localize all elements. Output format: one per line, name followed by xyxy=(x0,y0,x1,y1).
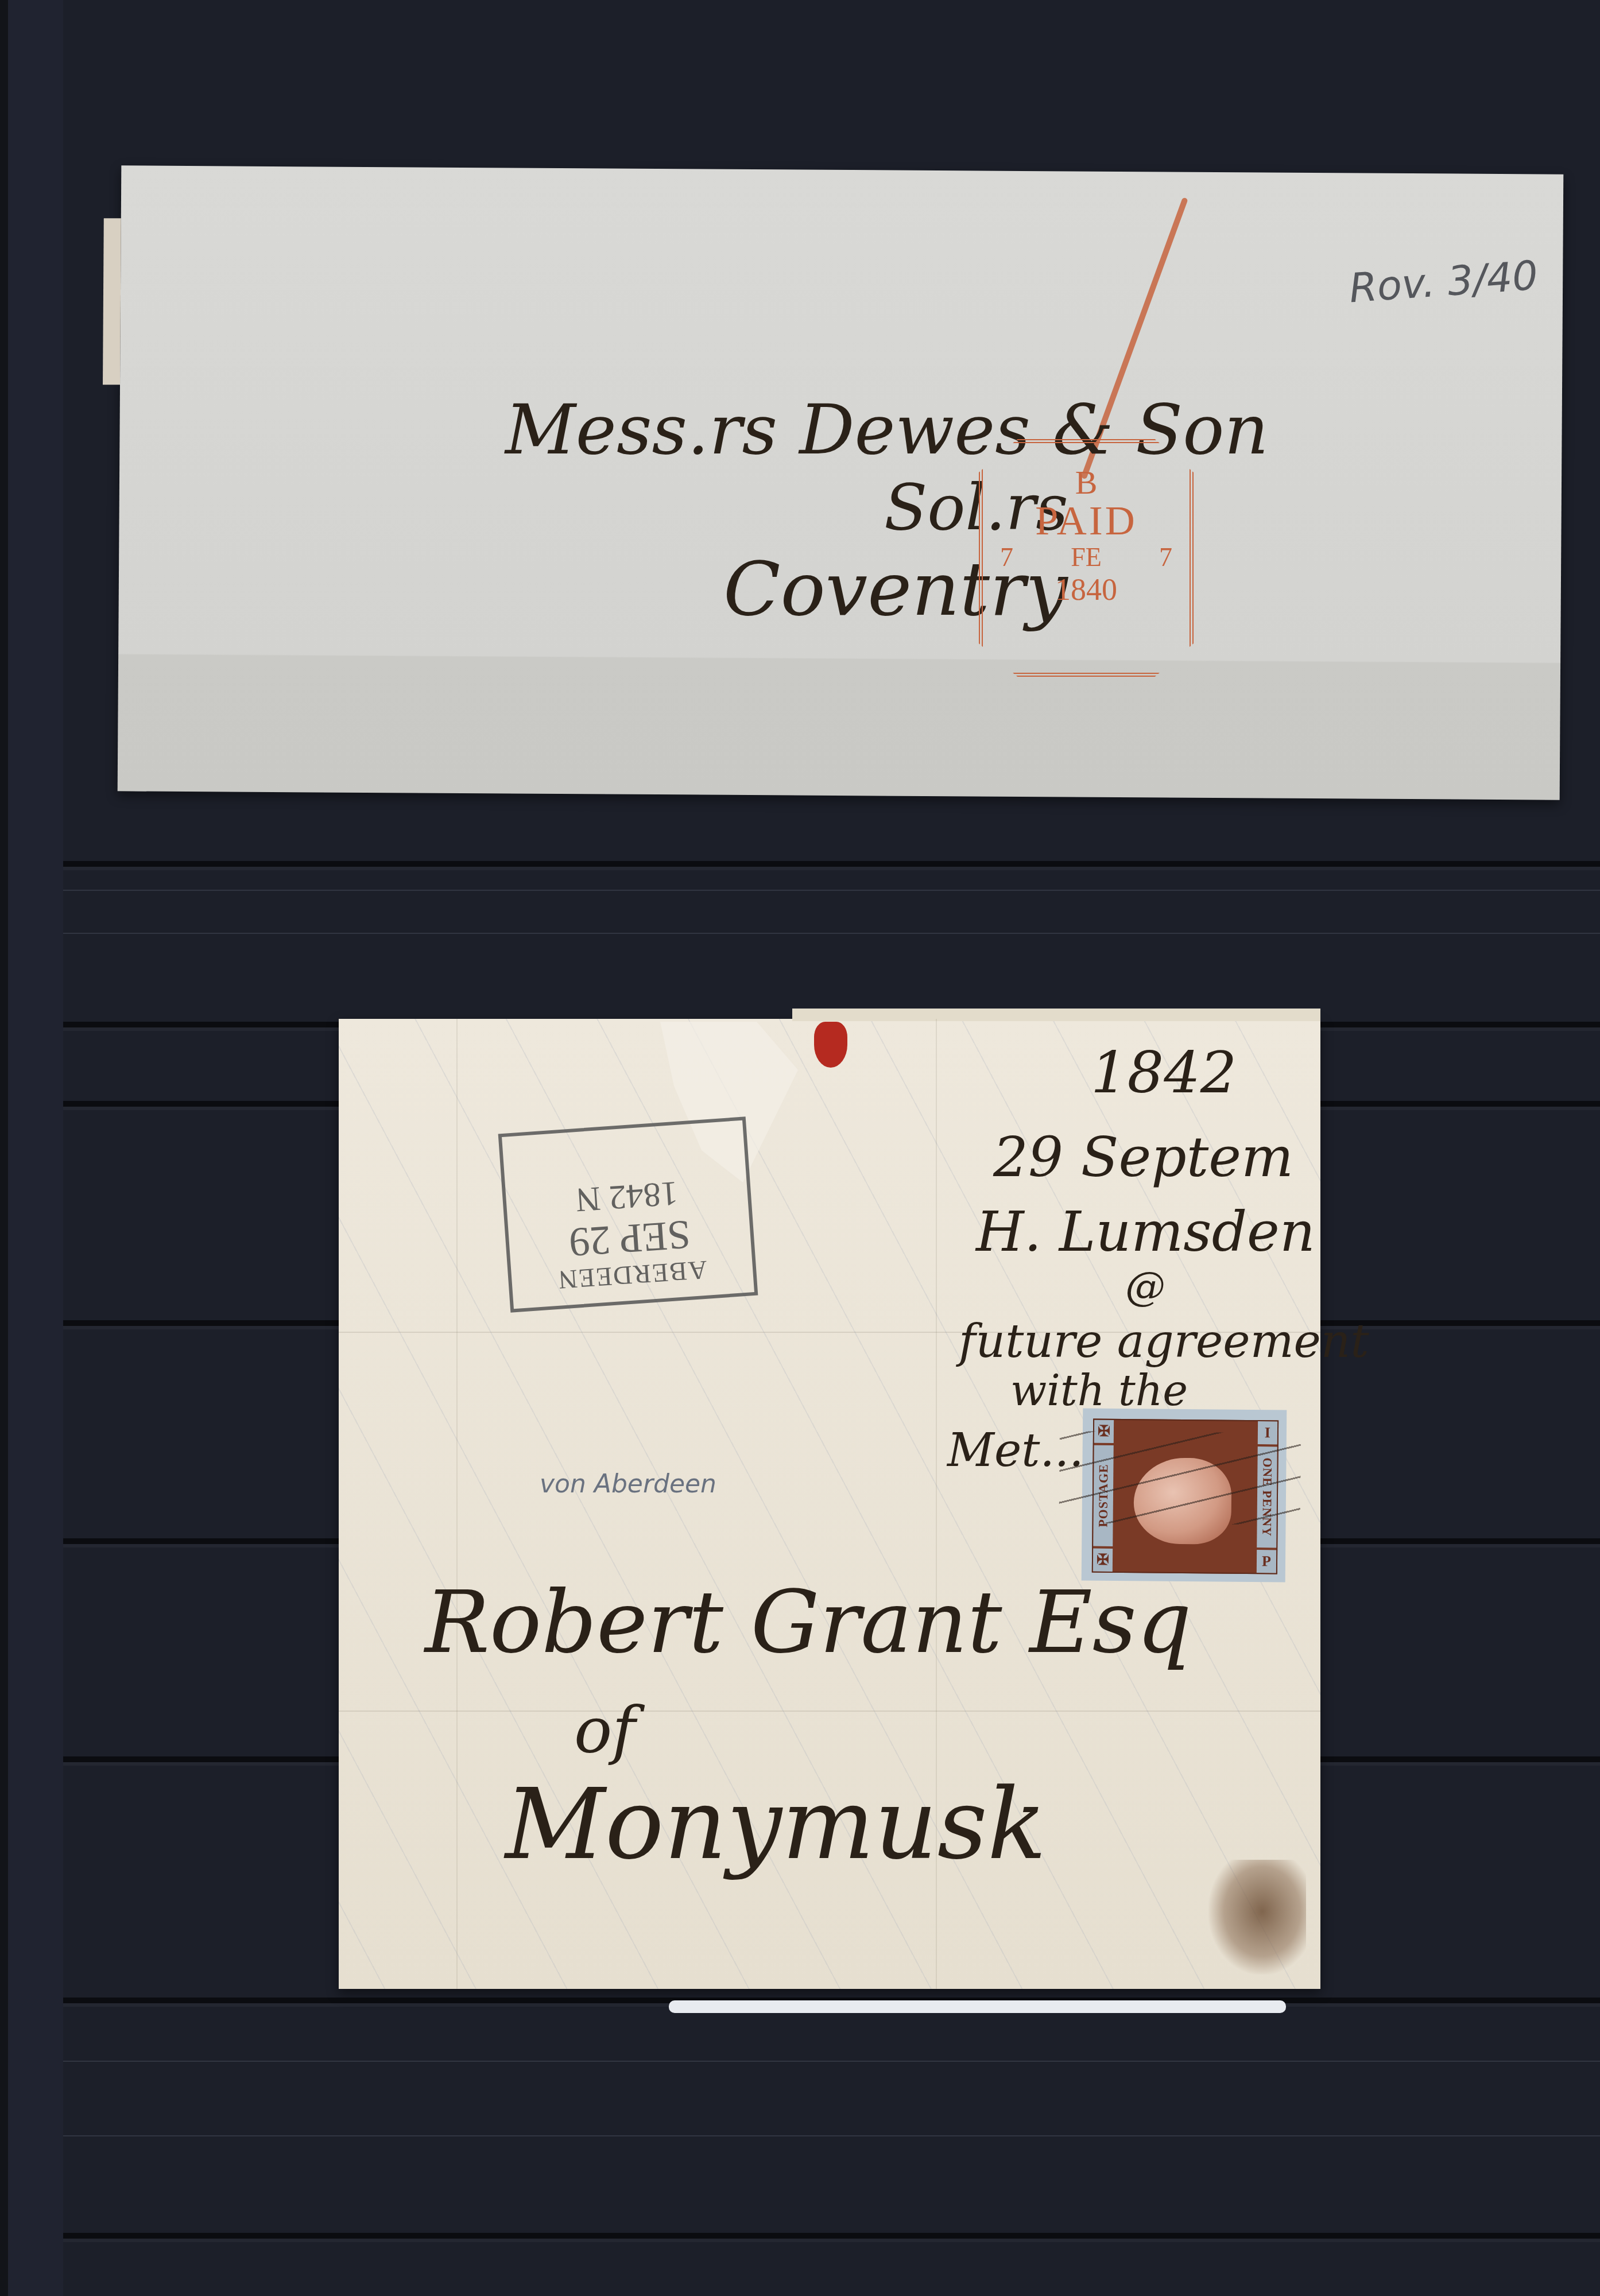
aberdeen-datestamp: ABERDEEN SEP 29 1842 N xyxy=(498,1116,758,1312)
handstamp-date: 7 FE 7 xyxy=(983,543,1190,572)
paid-handstamp: B PAID 7 FE 7 1840 xyxy=(979,439,1194,677)
strip-line xyxy=(63,890,1600,891)
strip-line xyxy=(63,933,1600,934)
recipient-name: Robert Grant Esq xyxy=(425,1573,1192,1673)
ink-blot xyxy=(1208,1860,1306,1975)
fold-line xyxy=(339,1711,1320,1712)
white-hinge-tab xyxy=(669,2000,1286,2013)
wax-seal xyxy=(814,1022,847,1068)
cover-fold-edge xyxy=(103,218,121,385)
cover-flap xyxy=(792,1009,1320,1021)
album-page-edge xyxy=(0,0,63,2296)
stock-strip xyxy=(63,2233,1600,2239)
handstamp-month: FE xyxy=(1071,543,1102,572)
penny-red-stamp[interactable]: POSTAGE ONE PENNY ✠ I ✠ P xyxy=(1082,1408,1287,1582)
pencil-note-aberdeen: von Aberdeen xyxy=(540,1469,716,1499)
strip-line xyxy=(63,2135,1600,2136)
docket-line-4: future agreement xyxy=(959,1314,1369,1368)
fold-line xyxy=(456,1019,458,1989)
cover-coventry[interactable] xyxy=(118,165,1564,800)
stock-strip xyxy=(63,861,1600,867)
stamp-corner-star-icon: ✠ xyxy=(1093,1549,1113,1572)
handstamp-year: 1840 xyxy=(983,572,1190,607)
handstamp-letter: B xyxy=(983,466,1190,499)
manuscript-cancel xyxy=(1059,1431,1301,1525)
strip-line xyxy=(63,2061,1600,2062)
docket-line-1: 29 Septem xyxy=(993,1125,1293,1189)
recipient-of: of xyxy=(574,1693,636,1767)
docket-line-3: @ xyxy=(1125,1263,1165,1310)
handstamp-word: PAID xyxy=(983,499,1190,543)
recipient-place: Monymusk xyxy=(505,1768,1047,1882)
handstamp-day-left: 7 xyxy=(1000,543,1013,572)
handstamp-day-right: 7 xyxy=(1159,543,1172,572)
stamp-corner-letter: P xyxy=(1257,1550,1276,1573)
docket-year: 1842 xyxy=(1091,1039,1237,1106)
docket-line-2: H. Lumsden xyxy=(976,1200,1315,1264)
